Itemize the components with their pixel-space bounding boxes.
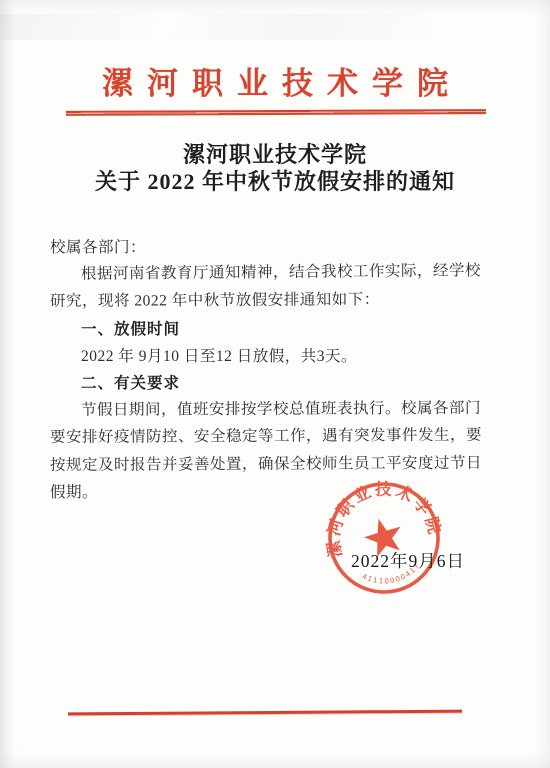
official-seal: 漯河职业技术学院 41110000417: [301, 455, 467, 621]
section2-line2: 要安排好疫情防控、安全稳定等工作，遇有突发事件发生，要: [50, 422, 478, 451]
footer-rule: [68, 710, 462, 715]
intro-paragraph-line1: 根据河南省教育厅通知精神，结合我校工作实际，经学校: [50, 257, 478, 288]
issue-date: 2022年9月6日: [351, 548, 465, 573]
scanned-notice-page: 漯河职业技术学院 漯河职业技术学院 关于 2022 年中秋节放假安排的通知 校属…: [0, 0, 550, 768]
letterhead-college-name: 漯河职业技术学院: [0, 58, 550, 103]
intro-paragraph-line2: 研究，现将 2022 年中秋节放假安排通知如下：: [50, 286, 478, 315]
document-title-line1: 漯河职业技术学院: [0, 141, 550, 168]
section2-heading: 二、有关要求: [50, 370, 478, 397]
document-title: 漯河职业技术学院 关于 2022 年中秋节放假安排的通知: [0, 141, 550, 195]
letterhead-divider-rule: [66, 109, 486, 116]
section2-line1: 节假日期间，值班安排按学校总值班表执行。校属各部门: [50, 395, 478, 424]
document-title-line2: 关于 2022 年中秋节放假安排的通知: [0, 168, 550, 195]
section1-text: 2022 年 9月10 日至12 日放假，共3天。: [50, 343, 478, 370]
scan-artifact-edge: [0, 0, 14, 768]
section1-heading: 一、放假时间: [50, 316, 478, 343]
scan-artifact-streak: [0, 14, 550, 40]
